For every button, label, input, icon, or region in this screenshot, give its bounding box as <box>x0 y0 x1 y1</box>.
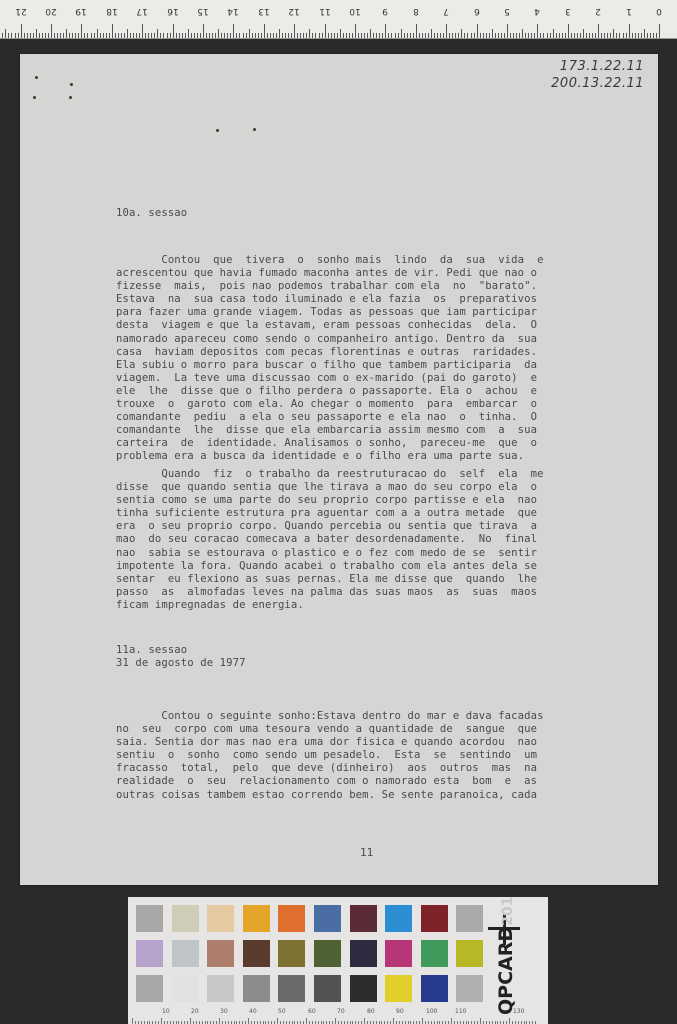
ruler-tick <box>81 24 82 38</box>
ruler-tick <box>197 33 198 38</box>
ruler-label: 17 <box>135 6 149 16</box>
ruler-tick <box>154 33 155 38</box>
ruler-tick <box>54 33 55 38</box>
ruler-tick <box>626 33 627 38</box>
ruler-label: 4 <box>530 6 544 16</box>
ruler-tick <box>337 33 338 38</box>
ruler-label: 12 <box>287 6 301 16</box>
ruler-tick <box>130 33 131 38</box>
card-scale-tick <box>190 1018 191 1024</box>
ruler-label: 20 <box>44 6 58 16</box>
ruler-tick <box>109 33 110 38</box>
ruler-tick <box>127 29 128 38</box>
ruler-tick <box>309 29 310 38</box>
ruler-tick <box>489 33 490 38</box>
ruler-tick <box>303 33 304 38</box>
card-scale: 102030405060708090100110130 <box>128 1008 548 1024</box>
color-swatch <box>421 975 448 1002</box>
ruler-tick <box>215 33 216 38</box>
ruler-label: 9 <box>378 6 392 16</box>
ruler-tick <box>84 33 85 38</box>
ruler-tick <box>440 33 441 38</box>
ruler-tick <box>312 33 313 38</box>
ruler-tick <box>601 33 602 38</box>
ruler-tick <box>91 33 92 38</box>
ruler-tick <box>36 29 37 38</box>
ruler-tick <box>267 33 268 38</box>
ruler-tick <box>340 29 341 38</box>
session-11-paragraph-1: Contou o seguinte sonho:Estava dentro do… <box>116 710 626 802</box>
card-scale-label: 10 <box>162 1008 170 1015</box>
ruler-tick <box>57 33 58 38</box>
card-scale-label: 50 <box>278 1008 286 1015</box>
color-swatch <box>243 940 270 967</box>
ruler-tick <box>407 33 408 38</box>
ruler-tick <box>641 33 642 38</box>
ruler-tick <box>513 33 514 38</box>
card-scale-tick <box>393 1018 394 1024</box>
ruler-tick <box>385 24 386 38</box>
card-scale-label: 100 <box>426 1008 437 1015</box>
ruler-tick <box>638 33 639 38</box>
ruler-tick <box>373 33 374 38</box>
ruler-label: 11 <box>318 6 332 16</box>
ruler-tick <box>24 33 25 38</box>
ruler-tick <box>355 24 356 38</box>
color-swatch <box>456 975 483 1002</box>
color-swatch <box>243 905 270 932</box>
ruler-tick <box>644 29 645 38</box>
ruler-tick <box>379 33 380 38</box>
ruler-tick <box>255 33 256 38</box>
ruler-tick <box>458 33 459 38</box>
session-10-heading: 10a. sessao <box>116 207 626 220</box>
ruler-label: 16 <box>166 6 180 16</box>
card-scale-tick <box>509 1018 510 1024</box>
card-scale-tick <box>306 1018 307 1024</box>
ruler-tick <box>425 33 426 38</box>
ruler-tick <box>157 29 158 38</box>
ruler-tick <box>163 33 164 38</box>
ruler-tick <box>422 33 423 38</box>
ruler-tick <box>623 33 624 38</box>
ruler-tick <box>45 33 46 38</box>
ruler-tick <box>182 33 183 38</box>
ruler-tick <box>516 33 517 38</box>
ruler-tick <box>604 33 605 38</box>
ruler-tick <box>133 33 134 38</box>
ruler-tick <box>331 33 332 38</box>
ruler-tick <box>170 33 171 38</box>
ruler-tick <box>419 33 420 38</box>
ruler-tick <box>139 33 140 38</box>
card-scale-label: 130 <box>513 1008 524 1015</box>
ruler-tick <box>18 33 19 38</box>
ruler-tick <box>160 33 161 38</box>
ruler-tick <box>528 33 529 38</box>
ruler-tick <box>185 33 186 38</box>
color-swatch <box>278 975 305 1002</box>
ruler-tick <box>519 33 520 38</box>
ruler-tick <box>206 33 207 38</box>
ruler-tick <box>11 33 12 38</box>
ruler-tick <box>261 33 262 38</box>
ruler-tick <box>443 33 444 38</box>
ruler-tick <box>376 33 377 38</box>
ruler-tick <box>431 29 432 38</box>
ruler-tick <box>118 33 119 38</box>
ruler-tick <box>75 33 76 38</box>
ruler-tick <box>364 33 365 38</box>
ruler-tick <box>589 33 590 38</box>
ruler-tick <box>209 33 210 38</box>
session-11-heading: 11a. sessao <box>116 644 626 657</box>
ruler-tick <box>297 33 298 38</box>
color-swatch <box>136 905 163 932</box>
ruler-tick <box>629 24 630 38</box>
card-scale-label: 70 <box>337 1008 345 1015</box>
archive-code-line-2: 200.13.22.11 <box>551 75 644 92</box>
ruler-tick <box>239 33 240 38</box>
card-scale-tick <box>480 1018 481 1024</box>
color-swatch <box>421 905 448 932</box>
ruler-tick <box>531 33 532 38</box>
card-scale-label: 40 <box>249 1008 257 1015</box>
ruler-tick <box>477 24 478 38</box>
ruler-tick <box>382 33 383 38</box>
card-brand: QPCARD201 <box>495 925 517 1015</box>
ruler-tick <box>103 33 104 38</box>
color-swatch <box>207 975 234 1002</box>
ruler-tick <box>249 29 250 38</box>
ruler-label: 8 <box>409 6 423 16</box>
ruler-tick <box>151 33 152 38</box>
ruler-tick <box>492 29 493 38</box>
ruler-tick <box>480 33 481 38</box>
ruler-label: 19 <box>74 6 88 16</box>
ruler-tick <box>507 24 508 38</box>
ruler-tick <box>194 33 195 38</box>
ruler-tick <box>619 33 620 38</box>
color-swatch <box>350 905 377 932</box>
ruler-tick <box>306 33 307 38</box>
ruler-tick <box>455 33 456 38</box>
ruler-tick <box>124 33 125 38</box>
ruler-tick <box>230 33 231 38</box>
ruler-tick <box>534 33 535 38</box>
ruler-tick <box>148 33 149 38</box>
ruler-tick <box>461 29 462 38</box>
ruler-tick <box>21 24 22 38</box>
ruler-tick <box>325 24 326 38</box>
color-swatch <box>456 905 483 932</box>
ruler-tick <box>498 33 499 38</box>
ruler-tick <box>179 33 180 38</box>
ruler-tick <box>60 33 61 38</box>
card-scale-tick <box>219 1018 220 1024</box>
color-swatch <box>172 940 199 967</box>
ruler-tick <box>273 33 274 38</box>
color-swatch <box>421 940 448 967</box>
ruler-tick <box>571 33 572 38</box>
ruler-tick <box>659 24 660 38</box>
ruler-tick <box>218 29 219 38</box>
color-swatch <box>207 940 234 967</box>
ruler-tick <box>343 33 344 38</box>
ruler-tick <box>285 33 286 38</box>
color-swatch <box>136 940 163 967</box>
ruler-tick <box>656 33 657 38</box>
color-swatch <box>314 940 341 967</box>
ruler-tick <box>610 33 611 38</box>
card-scale-tick <box>132 1018 133 1024</box>
archive-code-line-1: 173.1.22.11 <box>551 58 644 75</box>
ruler-tick <box>243 33 244 38</box>
color-swatch <box>350 940 377 967</box>
page-number: 11 <box>360 846 373 859</box>
ruler-tick <box>176 33 177 38</box>
ruler-tick <box>401 29 402 38</box>
ruler-tick <box>565 33 566 38</box>
ruler-tick <box>388 33 389 38</box>
ruler-tick <box>370 29 371 38</box>
ruler-tick <box>580 33 581 38</box>
ruler-tick <box>203 24 204 38</box>
ruler-tick <box>282 33 283 38</box>
measuring-ruler: 0123456789101112131415161718192021 <box>0 0 677 39</box>
ruler-tick <box>592 33 593 38</box>
ruler-tick <box>322 33 323 38</box>
ruler-tick <box>574 33 575 38</box>
ruler-tick <box>583 29 584 38</box>
ruler-tick <box>486 33 487 38</box>
ruler-tick <box>48 33 49 38</box>
ruler-tick <box>279 29 280 38</box>
ruler-tick <box>294 24 295 38</box>
ruler-tick <box>398 33 399 38</box>
ruler-tick <box>446 24 447 38</box>
ruler-label: 7 <box>439 6 453 16</box>
session-10-paragraph-1: Contou que tivera o sonho mais lindo da … <box>116 254 626 464</box>
ruler-tick <box>167 33 168 38</box>
ruler-tick <box>598 24 599 38</box>
ruler-tick <box>349 33 350 38</box>
card-scale-tick <box>335 1018 336 1024</box>
color-swatch <box>385 940 412 967</box>
ruler-tick <box>212 33 213 38</box>
ruler-label: 0 <box>652 6 666 16</box>
ruler-tick <box>39 33 40 38</box>
ruler-tick <box>404 33 405 38</box>
ruler-tick <box>291 33 292 38</box>
ruler-tick <box>42 33 43 38</box>
ruler-tick <box>319 33 320 38</box>
ruler-tick <box>647 33 648 38</box>
ruler-tick <box>270 33 271 38</box>
ruler-label: 13 <box>257 6 271 16</box>
ruler-tick <box>428 33 429 38</box>
ruler-tick <box>106 33 107 38</box>
ruler-tick <box>233 24 234 38</box>
ruler-tick <box>188 29 189 38</box>
ruler-tick <box>15 33 16 38</box>
ruler-tick <box>200 33 201 38</box>
ruler-tick <box>328 33 329 38</box>
ruler-tick <box>495 33 496 38</box>
ruler-tick <box>483 33 484 38</box>
ruler-tick <box>78 33 79 38</box>
ruler-tick <box>27 33 28 38</box>
ruler-tick <box>504 33 505 38</box>
color-swatch <box>207 905 234 932</box>
ruler-tick <box>115 33 116 38</box>
ruler-label: 14 <box>226 6 240 16</box>
ruler-tick <box>361 33 362 38</box>
ruler-label: 21 <box>14 6 28 16</box>
color-calibration-card: QPCARD201 102030405060708090100110130 <box>128 897 548 1024</box>
ruler-tick <box>650 33 651 38</box>
ruler-tick <box>100 33 101 38</box>
ruler-tick <box>595 33 596 38</box>
ruler-tick <box>142 24 143 38</box>
punch-hole <box>69 96 72 99</box>
ruler-tick <box>352 33 353 38</box>
card-scale-tick <box>451 1018 452 1024</box>
ruler-label: 10 <box>348 6 362 16</box>
ruler-tick <box>553 29 554 38</box>
punch-hole <box>33 96 36 99</box>
ruler-tick <box>467 33 468 38</box>
card-scale-label: 90 <box>396 1008 404 1015</box>
ruler-tick <box>632 33 633 38</box>
ruler-tick <box>577 33 578 38</box>
ruler-tick <box>367 33 368 38</box>
ruler-tick <box>264 24 265 38</box>
typewritten-page: 173.1.22.11 200.13.22.11 10a. sessao Con… <box>20 54 658 885</box>
color-swatch <box>243 975 270 1002</box>
ruler-tick <box>410 33 411 38</box>
card-scale-label: 30 <box>220 1008 228 1015</box>
ruler-tick <box>653 33 654 38</box>
color-swatch <box>278 905 305 932</box>
ruler-tick <box>568 24 569 38</box>
ruler-tick <box>547 33 548 38</box>
ruler-tick <box>258 33 259 38</box>
ruler-tick <box>51 24 52 38</box>
ruler-tick <box>543 33 544 38</box>
ruler-tick <box>252 33 253 38</box>
ruler-tick <box>391 33 392 38</box>
color-swatch <box>385 905 412 932</box>
archive-code: 173.1.22.11 200.13.22.11 <box>551 58 644 92</box>
card-scale-tick <box>161 1018 162 1024</box>
ruler-tick <box>395 33 396 38</box>
ruler-label: 3 <box>561 6 575 16</box>
ruler-tick <box>334 33 335 38</box>
ruler-tick <box>635 33 636 38</box>
color-swatch <box>172 905 199 932</box>
ruler-tick <box>434 33 435 38</box>
ruler-label: 6 <box>470 6 484 16</box>
color-swatch <box>136 975 163 1002</box>
punch-hole <box>35 76 38 79</box>
ruler-tick <box>112 24 113 38</box>
ruler-tick <box>66 29 67 38</box>
ruler-tick <box>87 33 88 38</box>
ruler-tick <box>246 33 247 38</box>
card-scale-label: 110 <box>455 1008 466 1015</box>
card-scale-tick <box>277 1018 278 1024</box>
punch-hole <box>70 83 73 86</box>
ruler-tick <box>464 33 465 38</box>
ruler-tick <box>94 33 95 38</box>
ruler-tick <box>358 33 359 38</box>
ruler-tick <box>315 33 316 38</box>
ruler-tick <box>501 33 502 38</box>
ruler-tick <box>562 33 563 38</box>
ruler-tick <box>437 33 438 38</box>
color-swatch <box>456 940 483 967</box>
ruler-tick <box>221 33 222 38</box>
ruler-tick <box>613 29 614 38</box>
color-swatch <box>350 975 377 1002</box>
color-swatch <box>278 940 305 967</box>
ruler-tick <box>300 33 301 38</box>
punch-hole <box>216 129 219 132</box>
ruler-tick <box>471 33 472 38</box>
ruler-tick <box>616 33 617 38</box>
ruler-tick <box>30 33 31 38</box>
card-scale-label: 60 <box>308 1008 316 1015</box>
ruler-tick <box>586 33 587 38</box>
ruler-label: 5 <box>500 6 514 16</box>
ruler-tick <box>72 33 73 38</box>
ruler-tick <box>449 33 450 38</box>
ruler-tick <box>556 33 557 38</box>
ruler-tick <box>559 33 560 38</box>
ruler-tick <box>5 29 6 38</box>
ruler-tick <box>550 33 551 38</box>
ruler-tick <box>8 33 9 38</box>
ruler-tick <box>227 33 228 38</box>
ruler-tick <box>474 33 475 38</box>
ruler-tick <box>121 33 122 38</box>
color-swatch <box>172 975 199 1002</box>
ruler-tick <box>276 33 277 38</box>
ruler-tick <box>2 33 3 38</box>
ruler-tick <box>346 33 347 38</box>
ruler-tick <box>413 33 414 38</box>
ruler-tick <box>525 33 526 38</box>
ruler-tick <box>522 29 523 38</box>
ruler-tick <box>540 33 541 38</box>
color-swatch <box>385 975 412 1002</box>
ruler-tick <box>136 33 137 38</box>
ruler-tick <box>236 33 237 38</box>
ruler-label: 1 <box>622 6 636 16</box>
color-swatch <box>314 975 341 1002</box>
ruler-label: 18 <box>105 6 119 16</box>
card-scale-tick <box>248 1018 249 1024</box>
ruler-tick <box>173 24 174 38</box>
card-scale-tick <box>364 1018 365 1024</box>
ruler-tick <box>452 33 453 38</box>
ruler-tick <box>416 24 417 38</box>
ruler-tick <box>510 33 511 38</box>
card-scale-label: 80 <box>367 1008 375 1015</box>
session-10-paragraph-2: Quando fiz o trabalho da reestruturacao … <box>116 468 626 612</box>
ruler-tick <box>69 33 70 38</box>
